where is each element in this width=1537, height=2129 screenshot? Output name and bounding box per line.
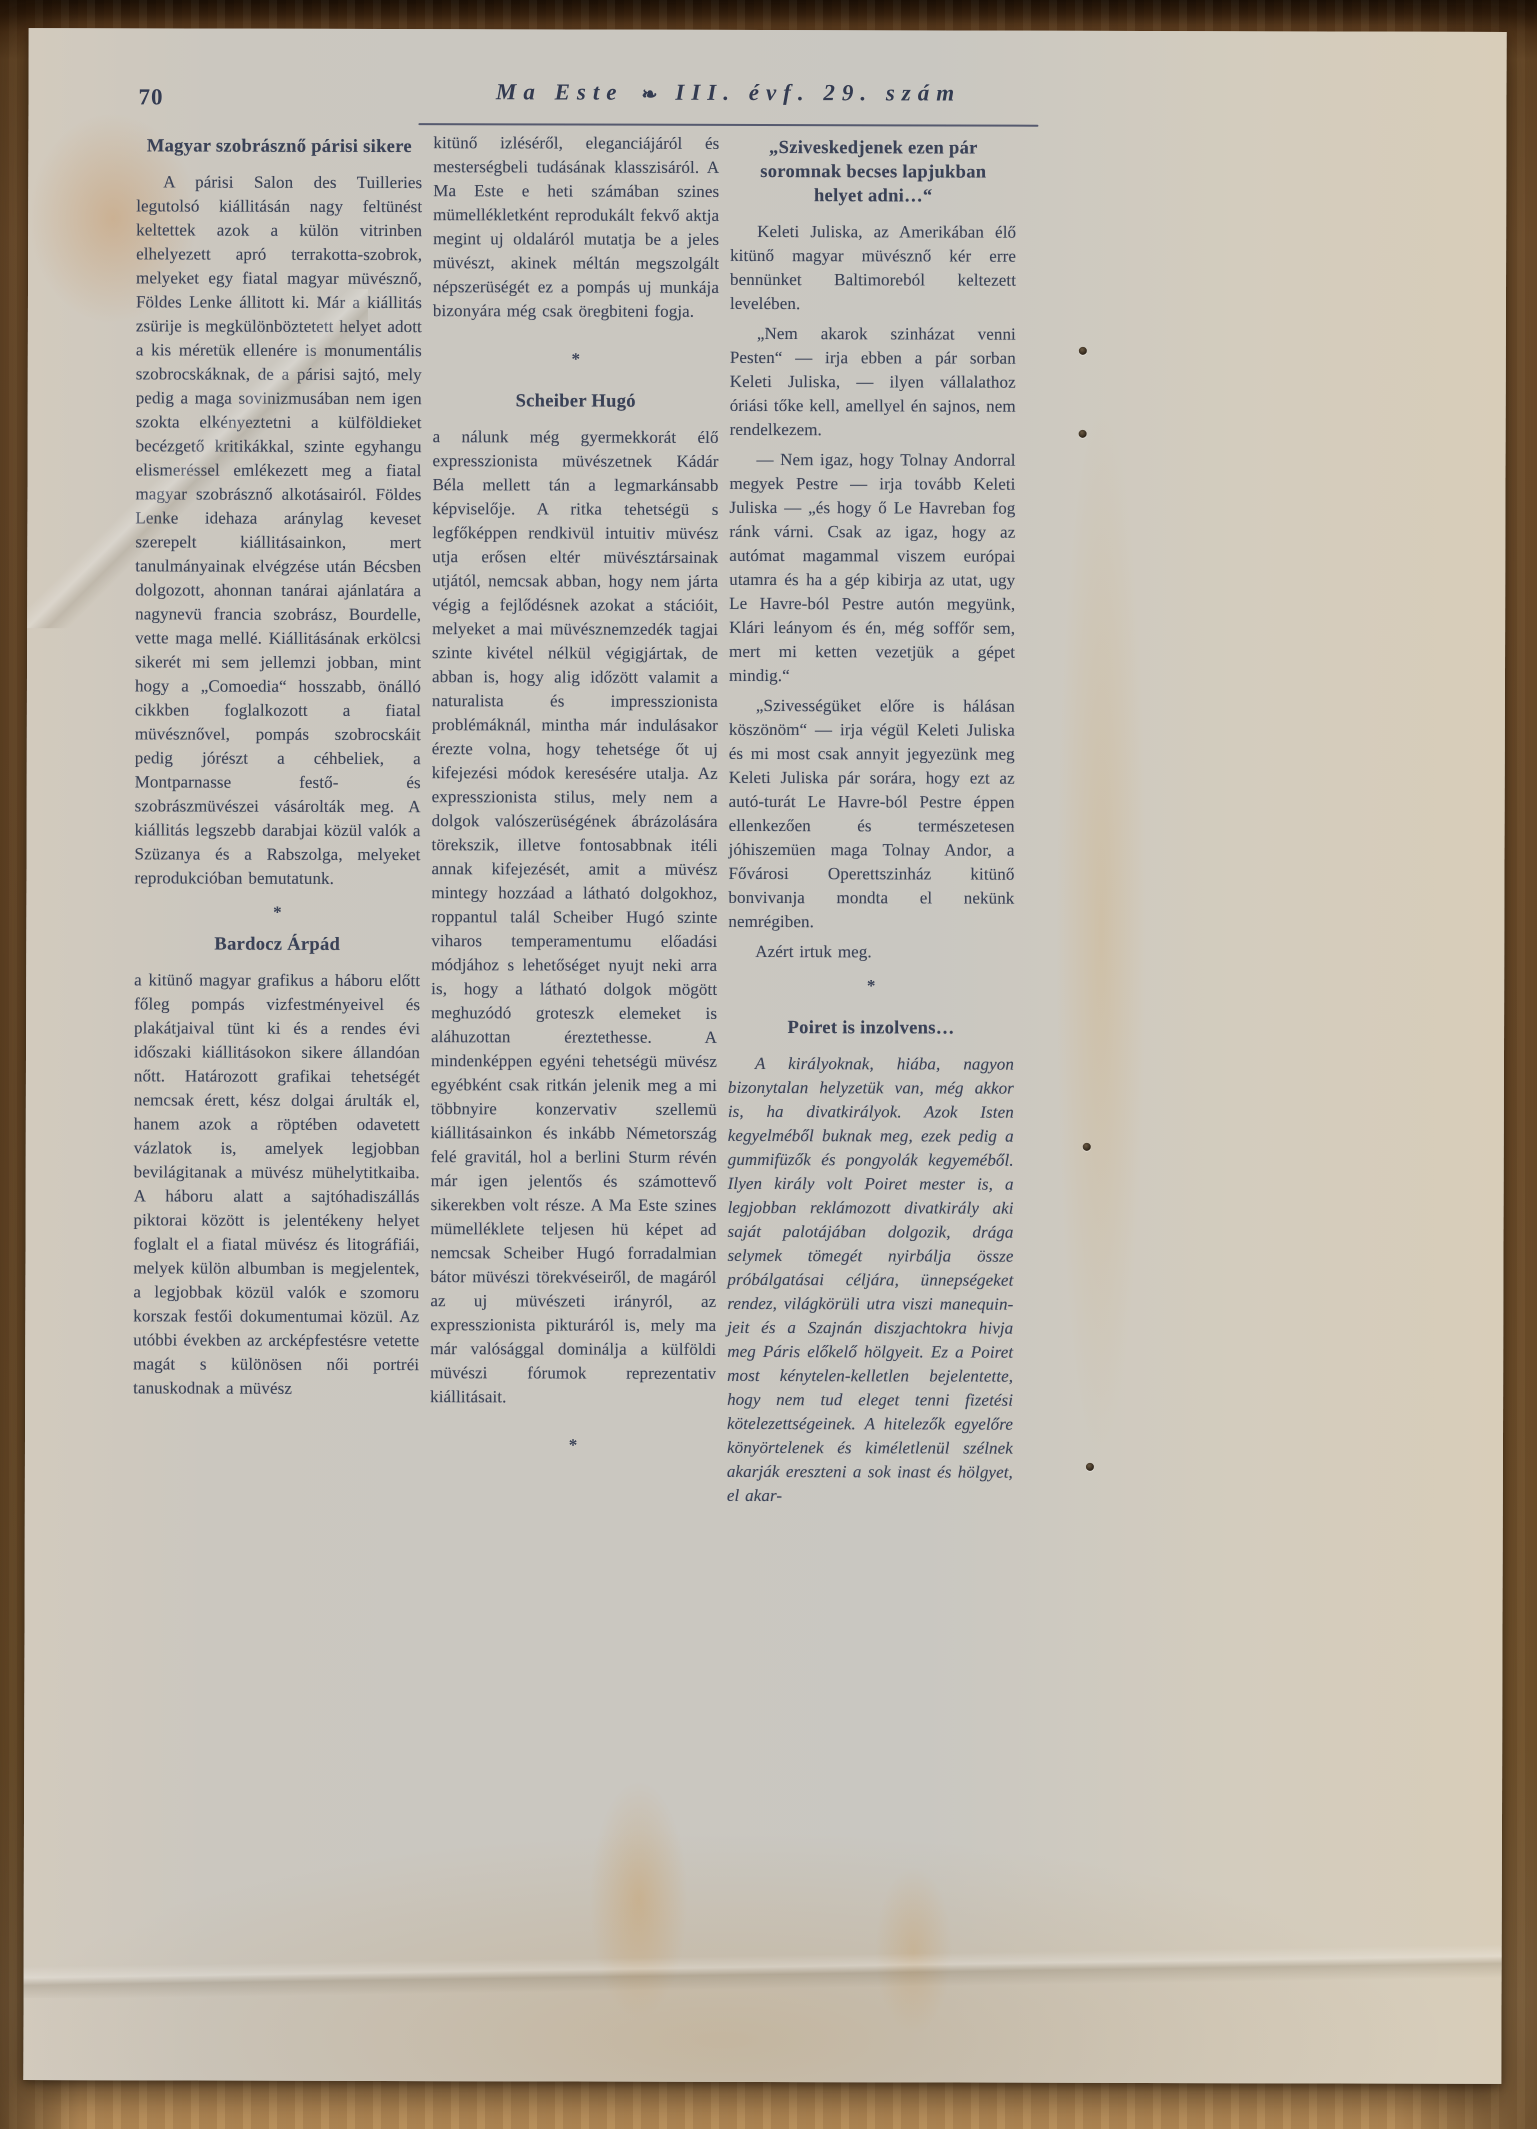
article-title-sculptor: Magyar szobrásznő párisi sikere: [142, 134, 416, 159]
paper-crease: [24, 1928, 1502, 2002]
pin-hole: [1083, 1143, 1091, 1151]
keleti-paragraph-3: — Nem igaz, hogy Tolnay Andorral megyek …: [729, 448, 1016, 689]
article-body-scheiber: a nálunk még gyermekkorát élő expresszio…: [430, 425, 719, 1410]
keleti-paragraph-5: Azért irtuk meg.: [728, 940, 1014, 965]
keleti-paragraph-4: „Szivességüket előre is hálásan köszönöm…: [728, 694, 1015, 935]
masthead-title: Ma Este: [496, 79, 624, 105]
pin-hole: [1079, 430, 1087, 438]
article-title-bardocz: Bardocz Árpád: [140, 932, 414, 957]
page-number: 70: [138, 84, 163, 110]
section-separator: *: [430, 1435, 716, 1456]
magazine-page: 70 Ma Este ❧ III. évf. 29. szám Magyar s…: [23, 28, 1506, 2084]
column-2: kitünő izléséről, eleganciájáról és mest…: [430, 131, 720, 1514]
fleuron-icon: ❧: [641, 84, 657, 107]
article-body-bardocz-col2: kitünő izléséről, eleganciájáról és mest…: [433, 131, 720, 324]
issue-label: III. évf. 29. szám: [675, 80, 961, 107]
header-rule: [418, 123, 1038, 127]
column-3: „Sziveskedjenek ezen pár soromnak becses…: [727, 132, 1017, 1515]
section-separator: *: [433, 349, 719, 370]
article-body-bardocz-col1: a kitünő magyar grafikus a háboru előtt …: [133, 968, 420, 1401]
pin-hole: [1079, 347, 1087, 355]
article-title-poiret: Poiret is inzolvens…: [734, 1016, 1008, 1041]
article-title-scheiber: Scheiber Hugó: [439, 389, 713, 414]
photo-of-magazine-on-wood: { "header": { "page_number": "70", "mast…: [0, 0, 1537, 2129]
section-separator: *: [134, 902, 420, 923]
pin-hole: [1086, 1463, 1094, 1471]
section-separator: *: [728, 976, 1014, 997]
article-title-keleti: „Sziveskedjenek ezen pár soromnak becses…: [736, 136, 1010, 209]
paper-crease: [27, 288, 368, 629]
keleti-paragraph-1: Keleti Juliska, az Amerikában élő kitünő…: [730, 220, 1016, 317]
article-body-poiret: A királyoknak, hiába, nagyon bizonytalan…: [727, 1052, 1014, 1509]
keleti-paragraph-2: „Nem akarok szinházat venni Pesten“ — ir…: [730, 322, 1016, 443]
masthead: Ma Este ❧ III. évf. 29. szám: [416, 79, 1040, 107]
